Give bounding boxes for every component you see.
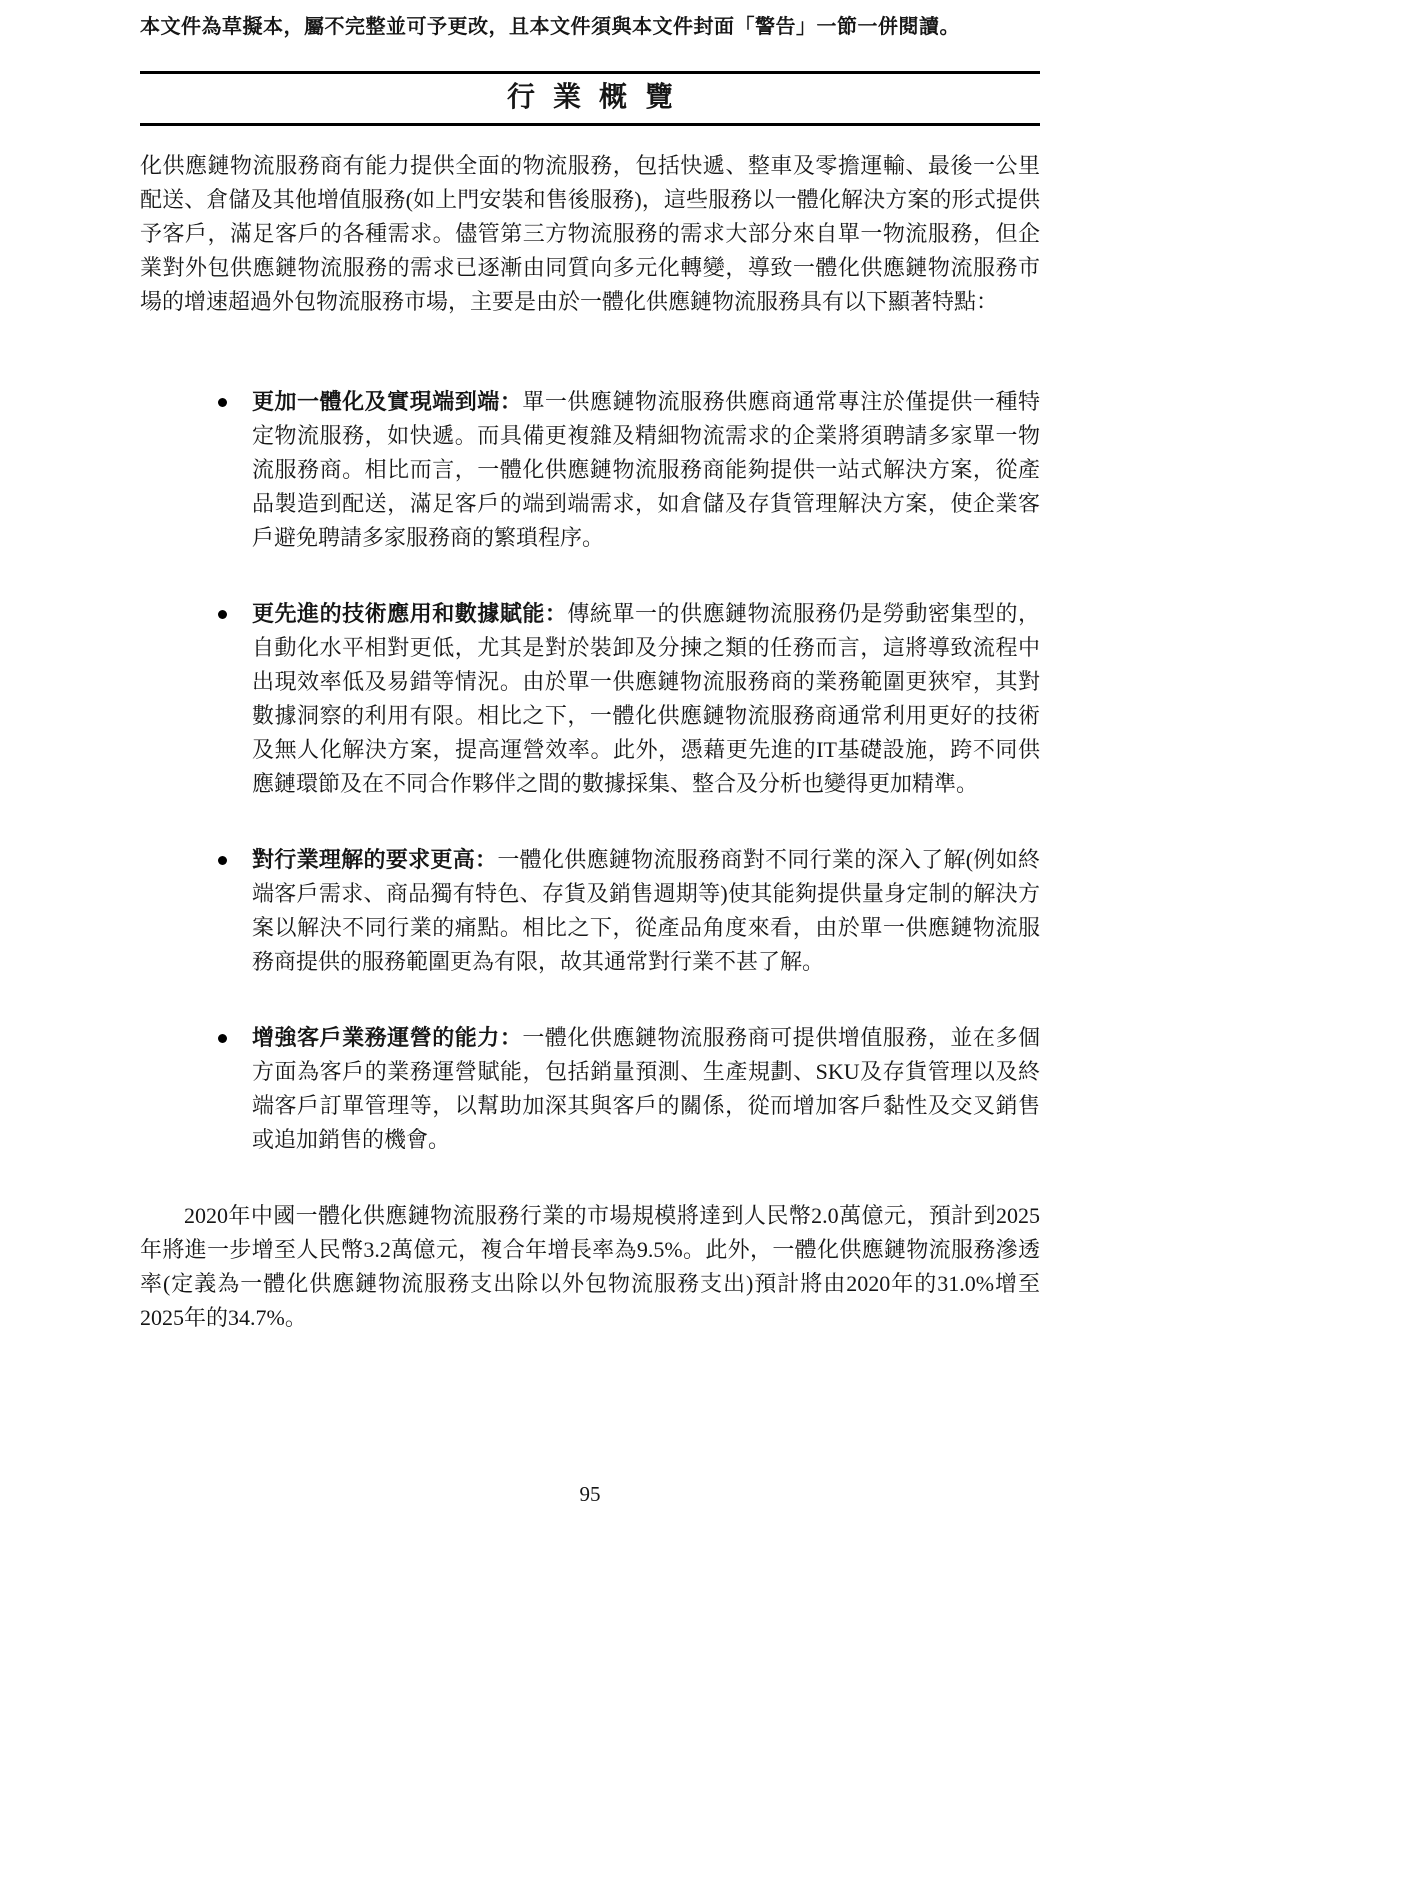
bullet-lead: 更加一體化及實現端到端： [252,389,522,414]
section-title-block: 行業概覽 [140,71,1040,126]
bullet-lead: 增強客戶業務運營的能力： [252,1025,522,1050]
bullet-item-industry-understanding: 對行業理解的要求更高：一體化供應鏈物流服務商對不同行業的深入了解(例如終端客戶需… [140,843,1040,979]
bullet-icon [218,610,227,619]
section-title: 行業概覽 [140,83,1040,113]
page-number: 95 [140,1482,1040,1507]
feature-bullet-list: 更加一體化及實現端到端：單一供應鏈物流服務供應商通常專注於僅提供一種特定物流服務… [140,385,1040,1157]
bullet-text: 傳統單一的供應鏈物流服務仍是勞動密集型的，自動化水平相對更低，尤其是對於裝卸及分… [252,601,1040,796]
document-page: 本文件為草擬本，屬不完整並可予更改，且本文件須與本文件封面「警告」一節一併閱讀。… [140,0,1040,1357]
bullet-icon [218,856,227,865]
bullet-item-customer-empowerment: 增強客戶業務運營的能力：一體化供應鏈物流服務商可提供增值服務，並在多個方面為客戶… [140,1021,1040,1157]
intro-paragraph: 化供應鏈物流服務商有能力提供全面的物流服務，包括快遞、整車及零擔運輸、最後一公里… [140,149,1040,319]
bullet-item-technology: 更先進的技術應用和數據賦能：傳統單一的供應鏈物流服務仍是勞動密集型的，自動化水平… [140,597,1040,801]
draft-disclaimer: 本文件為草擬本，屬不完整並可予更改，且本文件須與本文件封面「警告」一節一併閱讀。 [140,13,1040,41]
bullet-icon [218,1034,227,1043]
closing-paragraph: 2020年中國一體化供應鏈物流服務行業的市場規模將達到人民幣2.0萬億元，預計到… [140,1199,1040,1335]
bullet-lead: 對行業理解的要求更高： [252,847,497,872]
bullet-icon [218,398,227,407]
bullet-item-integration: 更加一體化及實現端到端：單一供應鏈物流服務供應商通常專注於僅提供一種特定物流服務… [140,385,1040,555]
bullet-lead: 更先進的技術應用和數據賦能： [252,601,567,626]
